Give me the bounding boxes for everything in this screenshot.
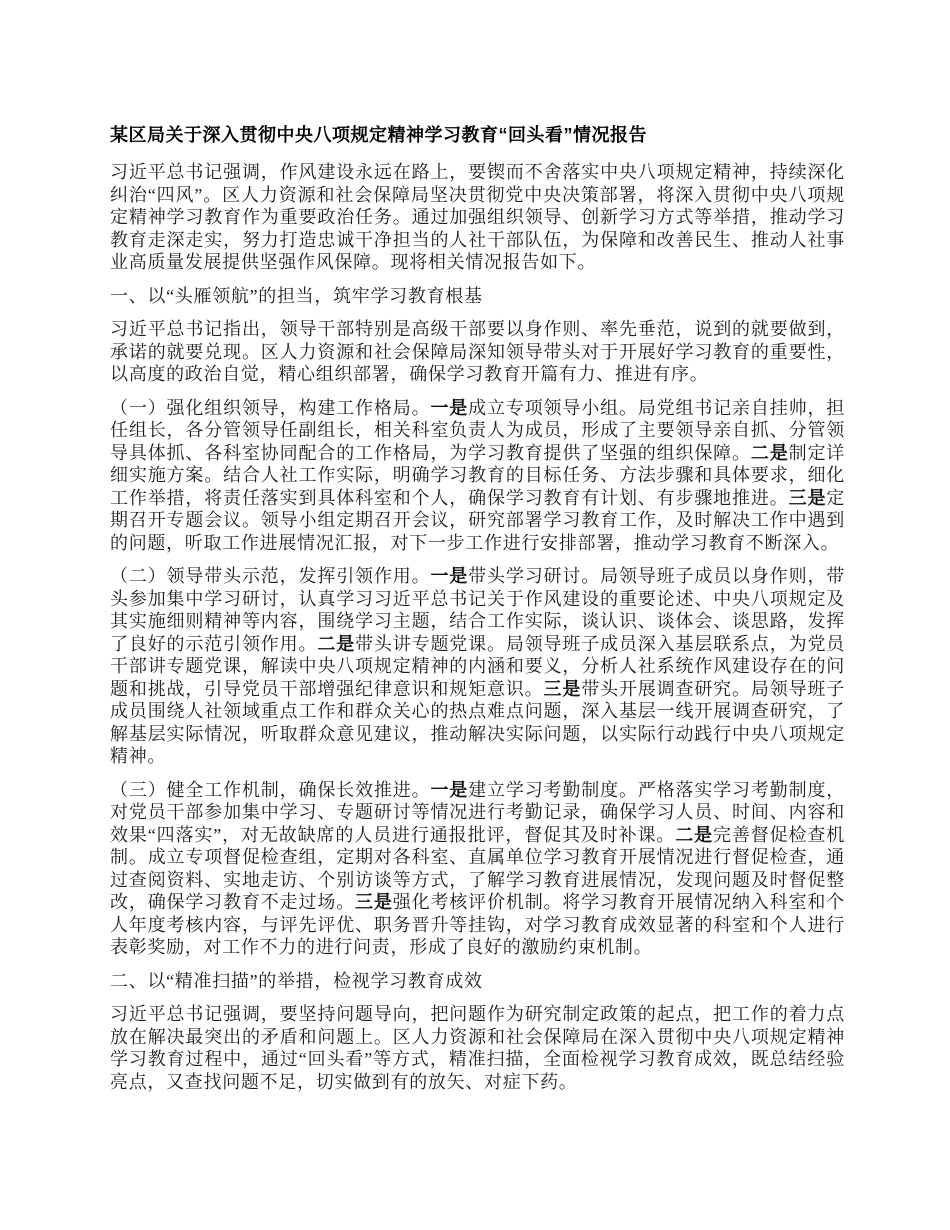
- document-page: 某区局关于深入贯彻中央八项规定精神学习教育“回头看”情况报告 习近平总书记强调，…: [0, 0, 950, 1230]
- paragraph: 习近平总书记指出，领导干部特别是高级干部要以身作则、率先垂范，说到的就要做到，承…: [110, 318, 845, 386]
- section-heading: 一、以“头雁领航”的担当，筑牢学习教育根基: [110, 285, 845, 308]
- text-run: 习近平总书记强调，要坚持问题导向，把问题作为研究制定政策的起点，把工作的着力点放…: [110, 1004, 845, 1092]
- paragraph: （一）强化组织领导，构建工作格局。一是成立专项领导小组。局党组书记亲自挂帅，担任…: [110, 397, 845, 555]
- bold-text-run: 三是: [544, 679, 582, 699]
- bold-text-run: 一是: [430, 566, 468, 586]
- paragraph: （三）健全工作机制，确保长效推进。一是建立学习考勤制度。严格落实学习考勤制度，对…: [110, 779, 845, 959]
- document-title: 某区局关于深入贯彻中央八项规定精神学习教育“回头看”情况报告: [110, 124, 845, 147]
- text-run: 习近平总书记强调，作风建设永远在路上，要锲而不舍落实中央八项规定精神，持续深化纠…: [110, 162, 845, 272]
- paragraph: （二）领导带头示范，发挥引领作用。一是带头学习研讨。局领导班子成员以身作则，带头…: [110, 565, 845, 768]
- text-run: 习近平总书记指出，领导干部特别是高级干部要以身作则、率先垂范，说到的就要做到，承…: [110, 319, 845, 384]
- paragraph: 习近平总书记强调，作风建设永远在路上，要锲而不舍落实中央八项规定精神，持续深化纠…: [110, 161, 845, 274]
- text-run: （二）领导带头示范，发挥引领作用。: [110, 566, 430, 586]
- bold-text-run: 二是: [675, 825, 713, 845]
- text-run: （一）强化组织领导，构建工作格局。: [110, 398, 430, 418]
- text-run: 二、以“精准扫描”的举措，检视学习教育成效: [110, 971, 483, 991]
- bold-text-run: 一是: [430, 780, 468, 800]
- document-content: 某区局关于深入贯彻中央八项规定精神学习教育“回头看”情况报告 习近平总书记强调，…: [110, 124, 845, 1104]
- section-heading: 二、以“精准扫描”的举措，检视学习教育成效: [110, 970, 845, 993]
- document-body: 习近平总书记强调，作风建设永远在路上，要锲而不舍落实中央八项规定精神，持续深化纠…: [110, 161, 845, 1093]
- bold-text-run: 二是: [751, 443, 789, 463]
- bold-text-run: 一是: [430, 398, 468, 418]
- text-run: （三）健全工作机制，确保长效推进。: [110, 780, 430, 800]
- text-run: 一、以“头雁领航”的担当，筑牢学习教育根基: [110, 286, 483, 306]
- bold-text-run: 二是: [317, 634, 355, 654]
- bold-text-run: 三是: [355, 892, 393, 912]
- bold-text-run: 三是: [789, 488, 827, 508]
- paragraph: 习近平总书记强调，要坚持问题导向，把问题作为研究制定政策的起点，把工作的着力点放…: [110, 1003, 845, 1093]
